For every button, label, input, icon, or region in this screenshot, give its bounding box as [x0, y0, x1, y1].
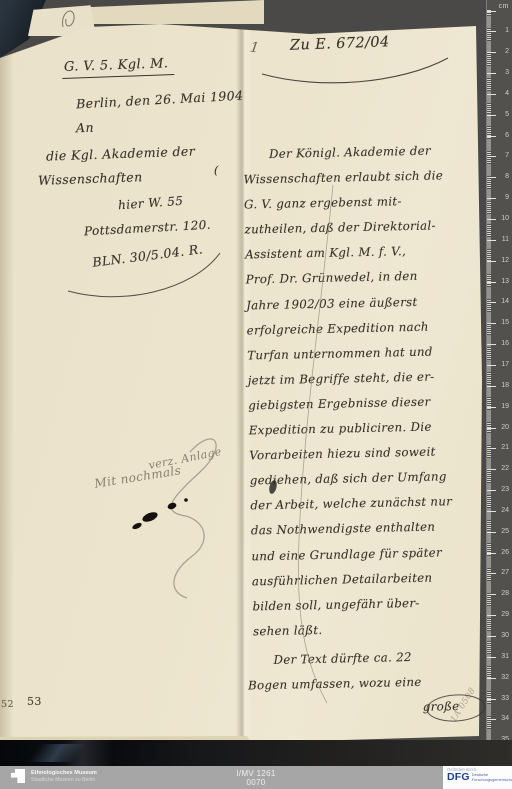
ruler-mm-ticks [487, 10, 491, 751]
ruler-tick [487, 448, 496, 449]
ruler-tick [487, 115, 496, 116]
ruler-number: 11 [502, 236, 509, 244]
ruler-tick [487, 52, 496, 53]
image-number: 0070 [0, 778, 512, 787]
ruler-tick [487, 615, 496, 616]
ruler-number: 23 [501, 486, 509, 494]
ruler-tick [487, 573, 496, 574]
brace-mark: ( [214, 164, 219, 177]
ruler-tick [487, 94, 496, 95]
ruler-tick [487, 219, 496, 220]
ruler-unit-label: cm [499, 3, 509, 10]
ruler-tick [487, 365, 496, 366]
shelfmark-block: I/MV 1261 0070 [0, 769, 512, 787]
ruler-number: 7 [505, 152, 509, 160]
ruler-number: 4 [505, 90, 509, 98]
shelfmark: I/MV 1261 [0, 769, 512, 778]
ruler-number: 16 [501, 340, 509, 348]
ruler-number: 22 [501, 465, 509, 473]
ruler-number: 9 [505, 194, 509, 202]
letter-body: Der Königl. Akademie der Wissenschaften … [243, 138, 486, 645]
footer-bar: Ethnologisches Museum Staatliche Museen … [0, 766, 512, 789]
ruler-number: 26 [501, 549, 509, 557]
ruler-tick [487, 73, 496, 74]
folio-number: 53 [27, 695, 42, 708]
ruler-number: 20 [501, 424, 509, 432]
raised-sheet-edge [86, 0, 264, 24]
ruler-tick [487, 198, 496, 199]
dept-heading: G. V. 5. Kgl. M. [62, 56, 175, 79]
ruler-tick [487, 428, 496, 429]
ruler-tick [487, 261, 496, 262]
ruler-tick [487, 302, 496, 303]
ruler-tick [487, 532, 496, 533]
ruler-number: 18 [501, 382, 509, 390]
ruler-tick [487, 31, 496, 32]
ruler-number: 17 [501, 361, 509, 369]
manuscript-line: sehen läßt. [253, 614, 486, 644]
ruler-tick [487, 386, 496, 387]
measurement-ruler: cm 1234567891011121314151617181920212223… [486, 0, 512, 766]
ruler-number: 19 [501, 403, 509, 411]
ruler-number: 1 [505, 27, 509, 35]
ruler-tick [487, 678, 496, 679]
ruler-tick [487, 594, 496, 595]
ruler-tick [487, 657, 496, 658]
ruler-tick [487, 344, 496, 345]
dfg-wordmark: DFG [447, 772, 470, 783]
ruler-tick [487, 136, 496, 137]
ruler-tick [487, 240, 496, 241]
ruler-number: 25 [501, 528, 509, 536]
ruler-tick [487, 407, 496, 408]
funder-name: Forschungsgemeinschaft [472, 778, 512, 783]
ruler-number: 29 [501, 611, 509, 619]
folio-number-previous: 52 [1, 699, 14, 710]
ruler-number: 33 [501, 695, 509, 703]
ruler-tick [487, 719, 496, 720]
ruler-tick [487, 469, 496, 470]
ruler-number: 21 [501, 444, 509, 452]
letter-body-closing: Der Text dürfte ca. 22 Bogen umfassen, w… [247, 644, 482, 724]
ruler-number: 8 [505, 173, 509, 181]
dfg-logo-patch: Gefördert durch DFG Deutsche Forschungsg… [443, 766, 512, 789]
ruler-tick [487, 323, 496, 324]
ruler-tick [487, 156, 496, 157]
manuscript-line: Wissenschaften erlaubt sich die [243, 163, 476, 193]
ruler-number: 32 [501, 674, 509, 682]
ruler-tick [487, 553, 496, 554]
ruler-number: 3 [505, 69, 509, 77]
salutation: An [76, 120, 94, 136]
ruler-number: 14 [501, 298, 509, 306]
ruler-number: 6 [505, 132, 509, 140]
ruler-number: 34 [501, 715, 509, 723]
ruler-number: 2 [505, 48, 509, 56]
ruler-number: 28 [501, 590, 509, 598]
ruler-tick [487, 11, 496, 12]
ruler-number: 24 [501, 507, 509, 515]
manuscript-line: große [248, 694, 481, 724]
ruler-tick [487, 636, 496, 637]
ruler-tick [487, 177, 496, 178]
scan-viewport: G. V. 5. Kgl. M. Berlin, den 26. Mai 190… [0, 0, 512, 789]
ruler-number: 31 [501, 653, 509, 661]
ruler-number: 13 [501, 278, 509, 286]
ruler-tick [487, 282, 496, 283]
ruler-tick [487, 699, 496, 700]
ruler-number: 10 [501, 215, 509, 223]
ruler-number: 5 [505, 111, 509, 119]
ruler-number: 27 [501, 569, 509, 577]
ruler-tick [487, 511, 496, 512]
ruler-number: 12 [501, 257, 509, 265]
ruler-number: 30 [501, 632, 509, 640]
ruler-number: 15 [501, 319, 509, 327]
ruler-tick [487, 490, 496, 491]
